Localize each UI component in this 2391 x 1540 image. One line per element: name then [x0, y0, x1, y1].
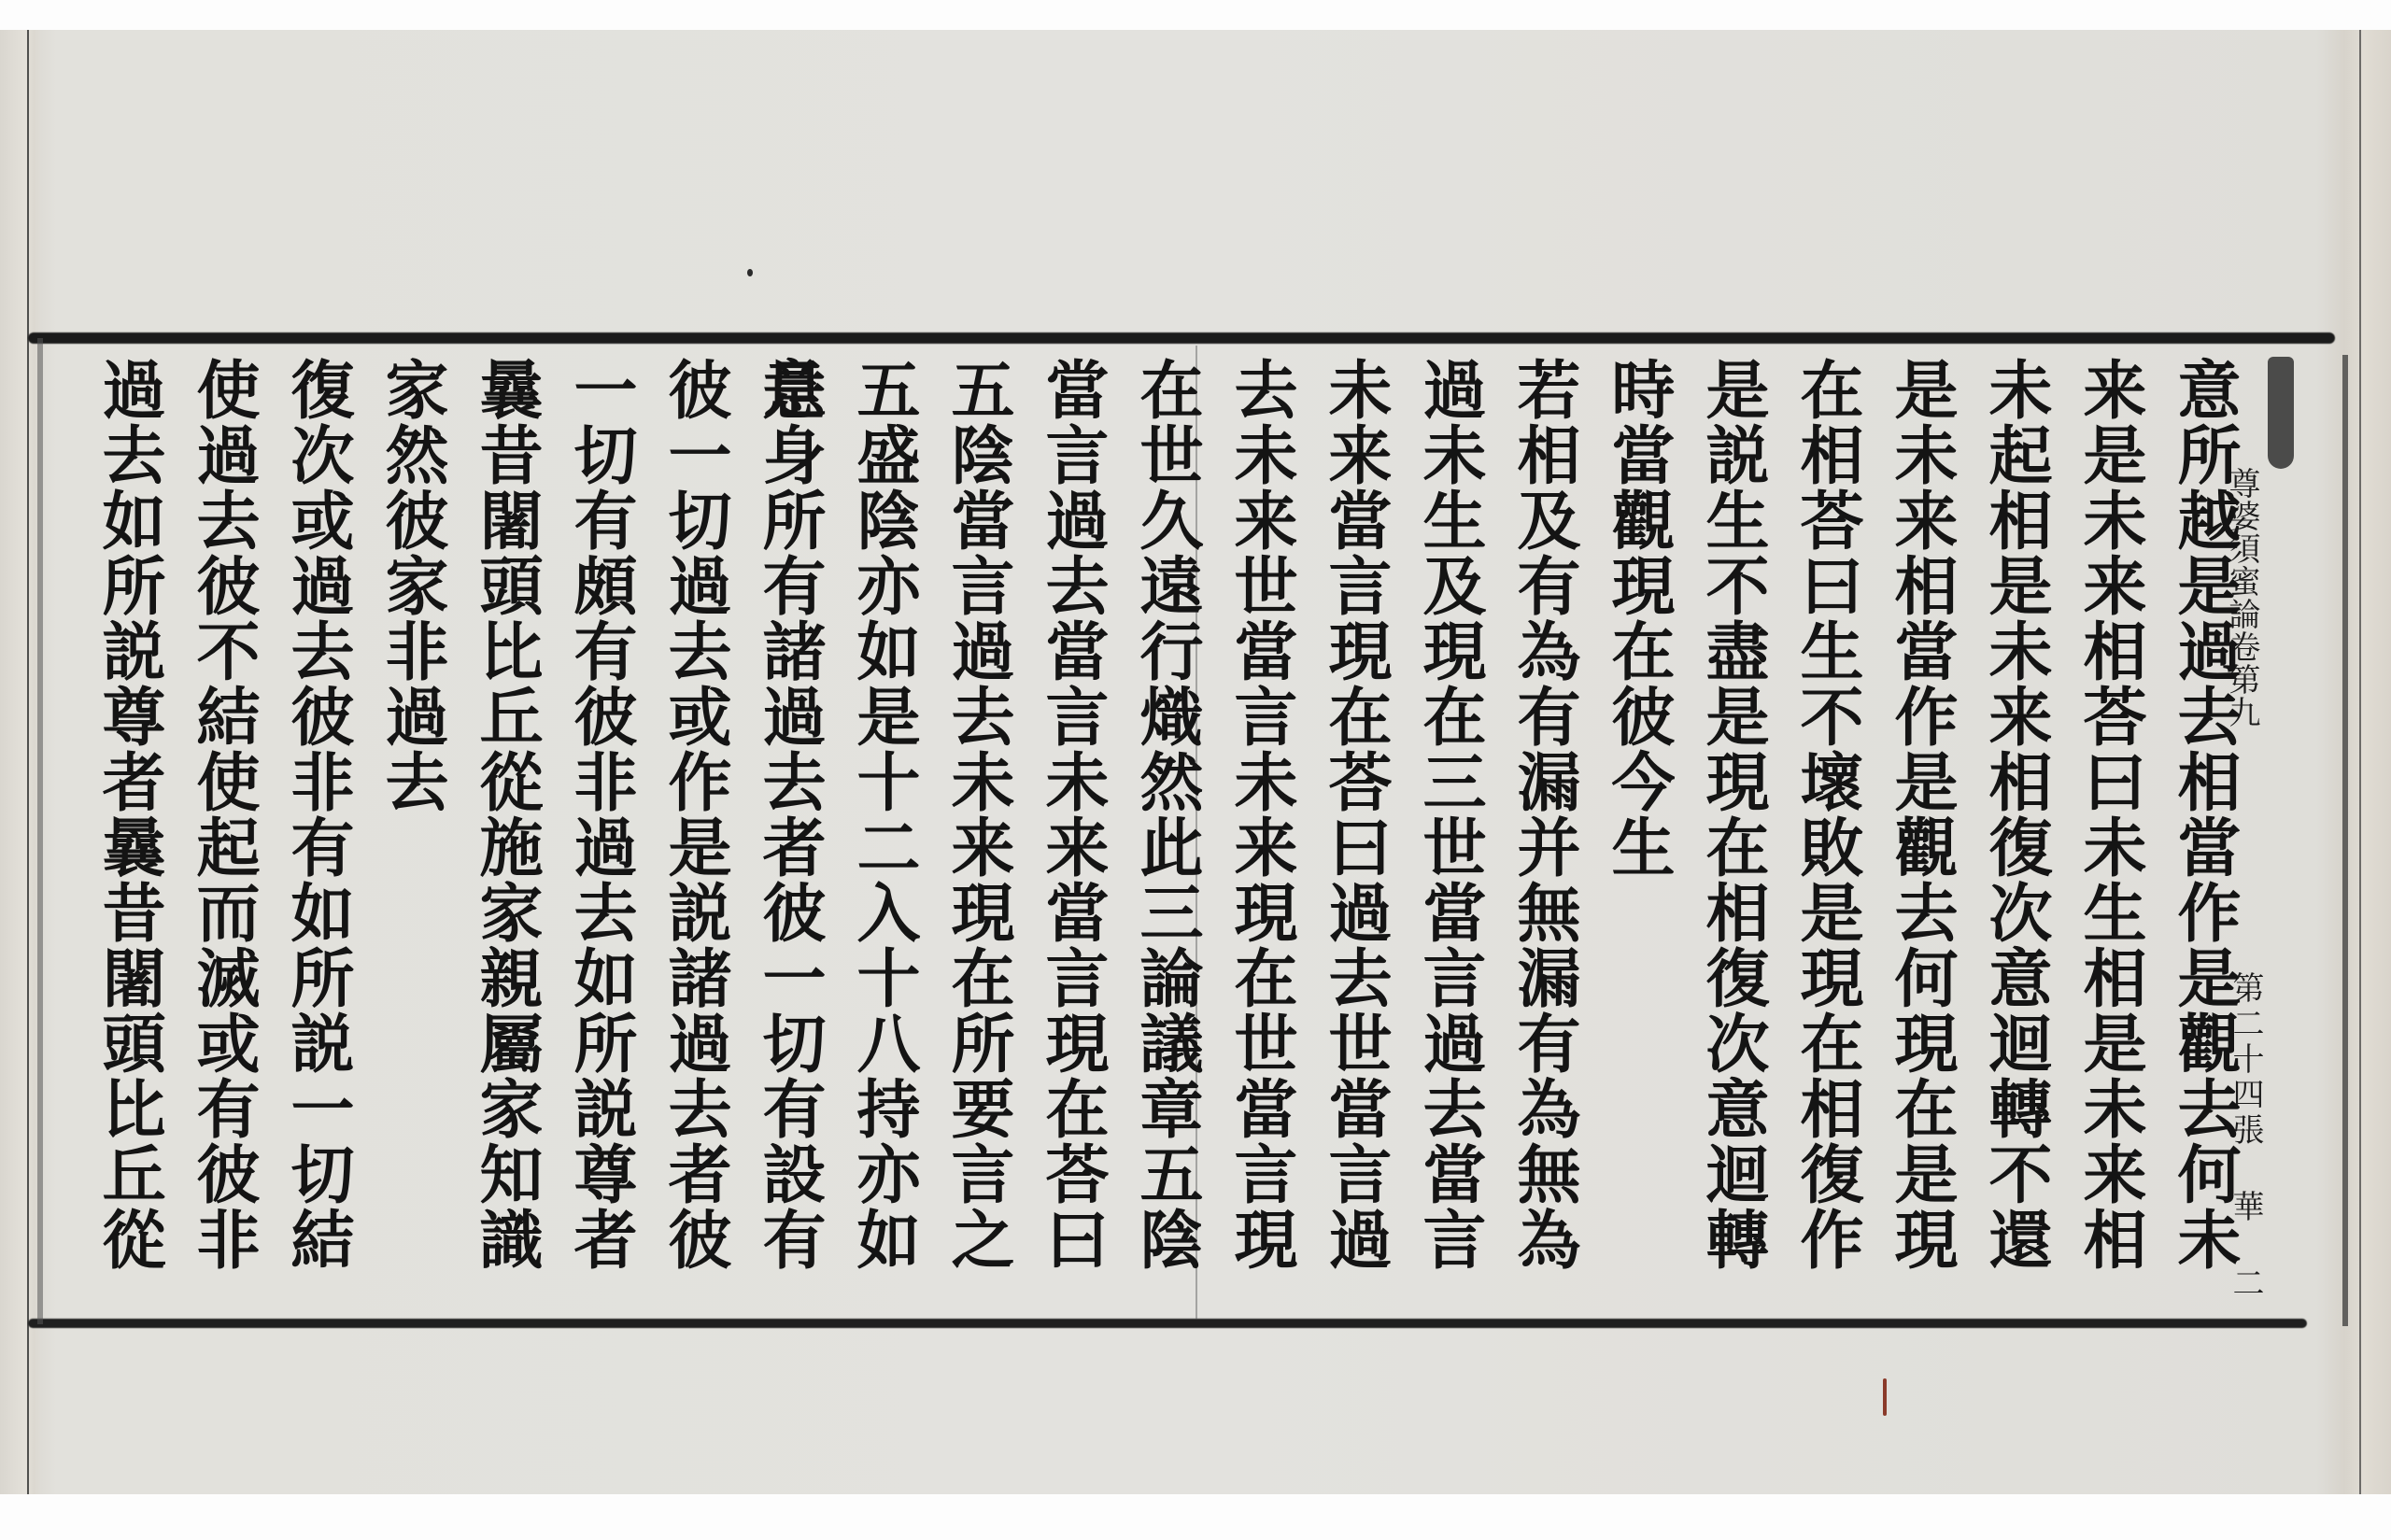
text-column: 去未来世當言未来現在世當言現	[1213, 357, 1308, 1309]
text-column: 意所越是過去相當作是觀去何未	[2157, 357, 2251, 1309]
text-column: 當言過去當言未来當言現在荅曰	[1025, 357, 1119, 1309]
text-column: 未起相是未来相復次意迴轉不還	[1968, 357, 2062, 1309]
text-column: 復次或過去彼非有如所説一切結	[270, 357, 364, 1309]
text-column: 彼一切過去或作是説諸過去者彼	[647, 357, 742, 1309]
text-column: 過未生及現在三世當言過去當言	[1402, 357, 1496, 1309]
text-column: 家然彼家非過去	[364, 357, 459, 1309]
text-column: 曩昔闍頭比丘從施家親屬家知識	[459, 357, 553, 1309]
text-column: 時當觀現在彼今生	[1591, 357, 1685, 1309]
fish-tail-mark-icon	[2268, 357, 2294, 469]
right-binding-line	[2359, 30, 2361, 1494]
text-column: 五陰當言過去未来現在所要言之	[930, 357, 1025, 1309]
right-border-rule	[2342, 355, 2348, 1326]
top-border-rule	[28, 332, 2335, 344]
text-column: 是未来相當作是觀去何現在是現	[1874, 357, 1968, 1309]
text-column: 使過去彼不結使起而滅或有彼非	[176, 357, 270, 1309]
ink-speck	[1883, 1378, 1887, 1416]
left-binding-line	[27, 30, 29, 1494]
text-column: 未来當言現在荅曰過去世當言過	[1308, 357, 1402, 1309]
text-column: 在世久遠行熾然此三論議章五陰	[1119, 357, 1213, 1309]
text-column: 来是未来相荅曰未生相是未来相	[2062, 357, 2157, 1309]
text-column: 意身所有諸過去者彼一切有設有	[742, 357, 836, 1309]
text-body: 意所越是過去相當作是觀去何未 来是未来相荅曰未生相是未来相 未起相是未来相復次意…	[81, 357, 2251, 1309]
text-column: 若相及有為有漏并無漏有為無為	[1496, 357, 1591, 1309]
text-column: 在相荅曰生不壞敗是現在相復作	[1779, 357, 1874, 1309]
bottom-border-rule	[28, 1319, 2307, 1328]
text-column: 五盛陰亦如是十二入十八持亦如是	[836, 357, 930, 1309]
left-border-rule	[37, 338, 43, 1324]
text-column: 過去如所説尊者曩昔闍頭比丘從	[81, 357, 176, 1309]
text-column: 是説生不盡是現在相復次意迴轉	[1685, 357, 1779, 1309]
text-column: 一切有頗有彼非過去如所説尊者	[553, 357, 647, 1309]
ink-speck	[747, 269, 753, 276]
